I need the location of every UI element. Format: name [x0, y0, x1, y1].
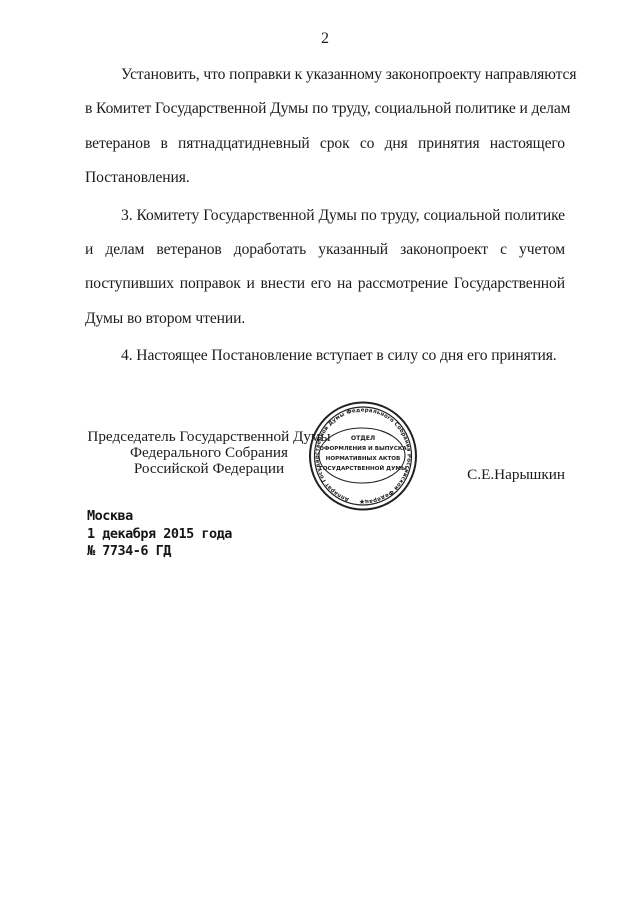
text-line: поступивших поправок и внести его на рас…	[85, 267, 565, 301]
signer-name: С.Е.Нарышкин	[467, 466, 565, 484]
text-line: ветеранов в пятнадцатидневный срок со дн…	[85, 127, 565, 161]
document-body: Установить, что поправки к указанному за…	[85, 58, 565, 377]
stamp-center-line: НОРМАТИВНЫХ АКТОВ	[326, 456, 401, 462]
issuance-city: Москва	[87, 508, 232, 526]
stamp-center-line: ОФОРМЛЕНИЯ И ВЫПУСКА	[319, 446, 407, 452]
page-number: 2	[85, 30, 565, 48]
text-line: Постановления.	[85, 161, 565, 195]
stamp-center-line: ГОСУДАРСТВЕННОЙ ДУМЫ	[319, 464, 407, 472]
text-line: и делам ветеранов доработать указанный з…	[85, 233, 565, 267]
issuance-number: № 7734-6 ГД	[87, 543, 232, 561]
paragraph: Установить, что поправки к указанному за…	[85, 58, 565, 196]
text-line: Установить, что поправки к указанному за…	[85, 58, 565, 92]
stamp-center-text: ОТДЕЛ ОФОРМЛЕНИЯ И ВЫПУСКА НОРМАТИВНЫХ А…	[319, 435, 407, 506]
paragraph: 3. Комитету Государственной Думы по труд…	[85, 199, 565, 337]
issuance-block: Москва 1 декабря 2015 года № 7734-6 ГД	[87, 508, 232, 561]
issuance-date: 1 декабря 2015 года	[87, 526, 232, 544]
text-line: 4. Настоящее Постановление вступает в си…	[85, 339, 565, 373]
paragraph: 4. Настоящее Постановление вступает в си…	[85, 339, 565, 373]
text-line: в Комитет Государственной Думы по труду,…	[85, 92, 565, 126]
document-page: 2 Установить, что поправки к указанному …	[0, 0, 640, 905]
text-line: Думы во втором чтении.	[85, 302, 565, 336]
stamp-center-line: ОТДЕЛ	[351, 435, 375, 442]
star-icon: ★	[359, 498, 365, 506]
official-stamp: Аппарат Государственной Думы Федеральног…	[296, 389, 430, 523]
text-line: 3. Комитету Государственной Думы по труд…	[85, 199, 565, 233]
